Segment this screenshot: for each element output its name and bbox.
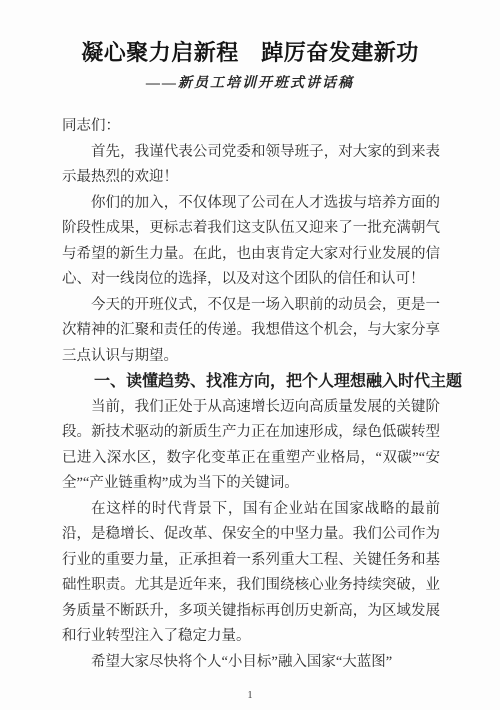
document-page: 凝心聚力启新程 踔厉奋发建新功 ——新员工培训开班式讲话稿 同志们： 首先，我谨… — [0, 0, 500, 710]
section-heading: 一、读懂趋势、找准方向，把个人理想融入时代主题 — [62, 369, 440, 395]
salutation: 同志们： — [62, 114, 440, 140]
paragraph: 你们的加入，不仅体现了公司在人才选拔与培养方面的阶段性成果，更标志着我们这支队伍… — [62, 191, 440, 293]
paragraph: 今天的开班仪式，不仅是一场入职前的动员会，更是一次精神的汇聚和责任的传递。我想借… — [62, 293, 440, 370]
page-number: 1 — [0, 689, 500, 703]
paragraph: 在这样的时代背景下，国有企业站在国家战略的最前沿，是稳增长、促改革、保安全的中坚… — [62, 497, 440, 650]
document-title: 凝心聚力启新程 踔厉奋发建新功 — [30, 38, 470, 68]
paragraph: 首先，我谨代表公司党委和领导班子，对大家的到来表示最热烈的欢迎！ — [62, 140, 440, 191]
paragraph: 当前，我们正处于从高速增长迈向高质量发展的关键阶段。新技术驱动的新质生产力正在加… — [62, 395, 440, 497]
document-subtitle: ——新员工培训开班式讲话稿 — [30, 74, 470, 94]
document-body: 同志们： 首先，我谨代表公司党委和领导班子，对大家的到来表示最热烈的欢迎！ 你们… — [62, 114, 440, 675]
paragraph: 希望大家尽快将个人“小目标”融入国家“大蓝图” — [62, 650, 440, 676]
